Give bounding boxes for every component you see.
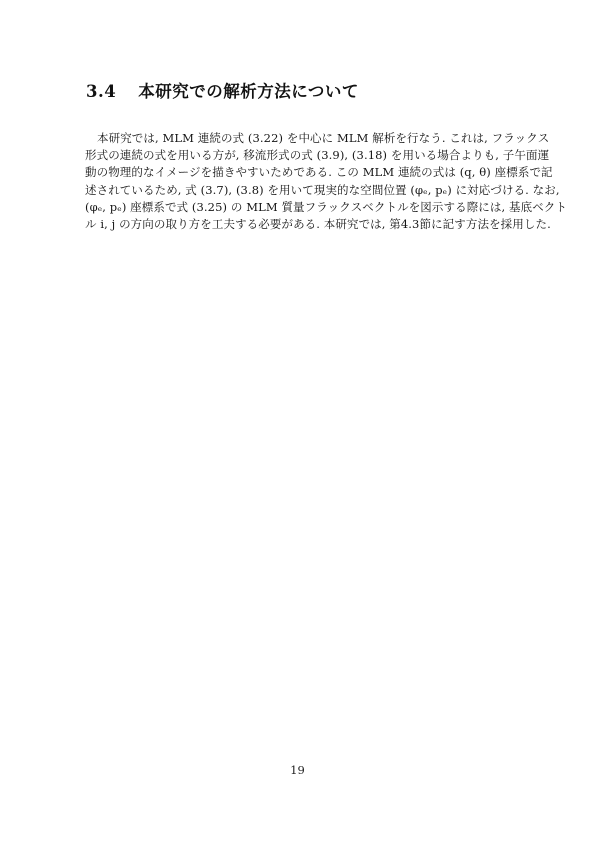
paragraph-line: (φₑ, pₑ) 座標系で式 (3.25) の MLM 質量フラックスベクトルを…	[85, 199, 512, 216]
paragraph-line: 動の物理的なイメージを描きやすいためである. この MLM 連続の式は (q, …	[85, 164, 512, 181]
section-heading: 3.4本研究での解析方法について	[86, 78, 526, 102]
paragraph-line: 本研究では, MLM 連続の式 (3.22) を中心に MLM 解析を行なう. …	[85, 130, 512, 147]
document-page: 3.4本研究での解析方法について 本研究では, MLM 連続の式 (3.22) …	[0, 0, 595, 842]
section-number: 3.4	[86, 82, 116, 101]
body-paragraph: 本研究では, MLM 連続の式 (3.22) を中心に MLM 解析を行なう. …	[85, 130, 512, 233]
paragraph-line: ル i, j の方向の取り方を工夫する必要がある. 本研究では, 第4.3節に記…	[85, 216, 512, 233]
paragraph-line: 形式の連続の式を用いる方が, 移流形式の式 (3.9), (3.18) を用いる…	[85, 147, 512, 164]
section-title: 本研究での解析方法について	[138, 82, 359, 101]
page-number: 19	[0, 763, 595, 777]
paragraph-line: 述されているため, 式 (3.7), (3.8) を用いて現実的な空間位置 (φ…	[85, 182, 512, 199]
